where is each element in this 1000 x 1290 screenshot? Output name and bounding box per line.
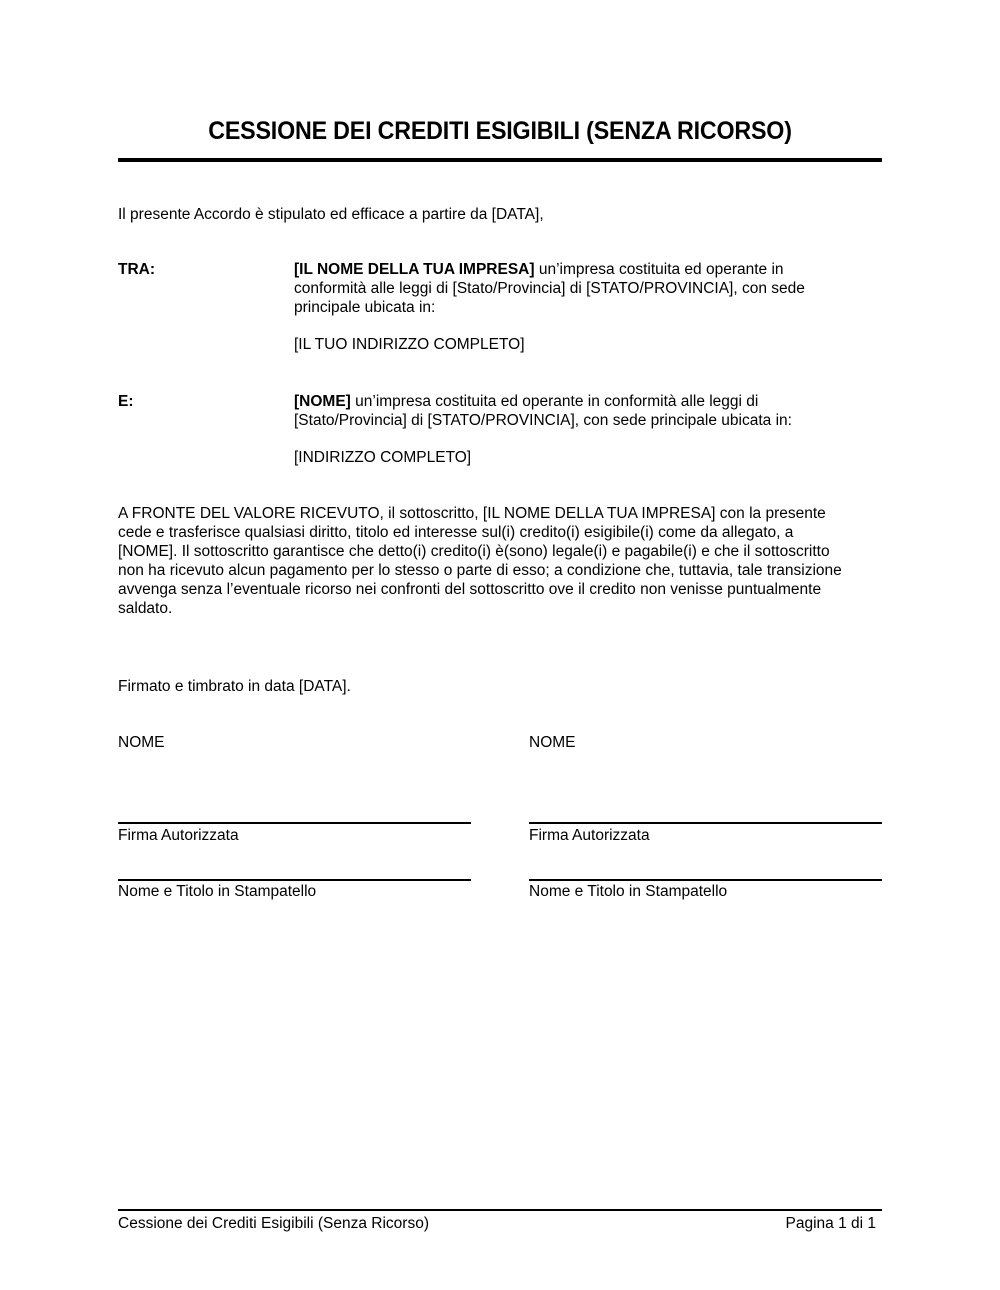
intro-paragraph: Il presente Accordo è stipulato ed effic… [118,205,544,224]
clause-line: [NOME]. Il sottoscritto garantisce che d… [118,542,882,561]
clause-line: saldato. [118,599,882,618]
clause-line: avvenga senza l’eventuale ricorso nei co… [118,580,882,599]
assignment-clause: A FRONTE DEL VALORE RICEVUTO, il sottosc… [118,504,882,618]
party-line: [IL NOME DELLA TUA IMPRESA] un’impresa c… [294,260,882,279]
party-line: principale ubicata in: [294,298,882,317]
signed-date-statement: Firmato e timbrato in data [DATA]. [118,677,351,696]
party-line: conformità alle leggi di [Stato/Provinci… [294,279,882,298]
print-name-caption: Nome e Titolo in Stampatello [118,882,316,901]
footer-divider [118,1209,882,1211]
party-address: [IL TUO INDIRIZZO COMPLETO] [294,335,882,354]
print-name-line [118,879,471,881]
print-name-line [529,879,882,881]
document-page: CESSIONE DEI CREDITI ESIGIBILI (SENZA RI… [118,0,882,1290]
party-text: un’impresa costituita ed operante in con… [351,393,759,410]
clause-line: non ha ricevuto alcun pagamento per lo s… [118,561,882,580]
party-label-tra: TRA: [118,260,155,279]
clause-line: cede e trasferisce qualsiasi diritto, ti… [118,523,882,542]
party-line: [NOME] un’impresa costituita ed operante… [294,392,882,411]
signature-line [118,822,471,824]
print-name-caption: Nome e Titolo in Stampatello [529,882,727,901]
party-details-tra: [IL NOME DELLA TUA IMPRESA] un’impresa c… [294,260,882,354]
footer-page-number: Pagina 1 di 1 [786,1214,877,1233]
party-name: [NOME] [294,393,351,410]
footer-document-title: Cessione dei Crediti Esigibili (Senza Ri… [118,1214,429,1233]
signatory-name: NOME [529,733,576,752]
signature-line [529,822,882,824]
signature-caption: Firma Autorizzata [118,826,239,845]
document-title: CESSIONE DEI CREDITI ESIGIBILI (SENZA RI… [145,117,856,146]
party-line: [Stato/Provincia] di [STATO/PROVINCIA], … [294,411,882,430]
party-text: un’impresa costituita ed operante in [535,261,784,278]
party-address: [INDIRIZZO COMPLETO] [294,448,882,467]
party-name: [IL NOME DELLA TUA IMPRESA] [294,261,535,278]
signatory-name: NOME [118,733,165,752]
party-label-e: E: [118,392,134,411]
party-details-e: [NOME] un’impresa costituita ed operante… [294,392,882,467]
clause-line: A FRONTE DEL VALORE RICEVUTO, il sottosc… [118,504,882,523]
title-divider [118,158,882,162]
signature-caption: Firma Autorizzata [529,826,650,845]
